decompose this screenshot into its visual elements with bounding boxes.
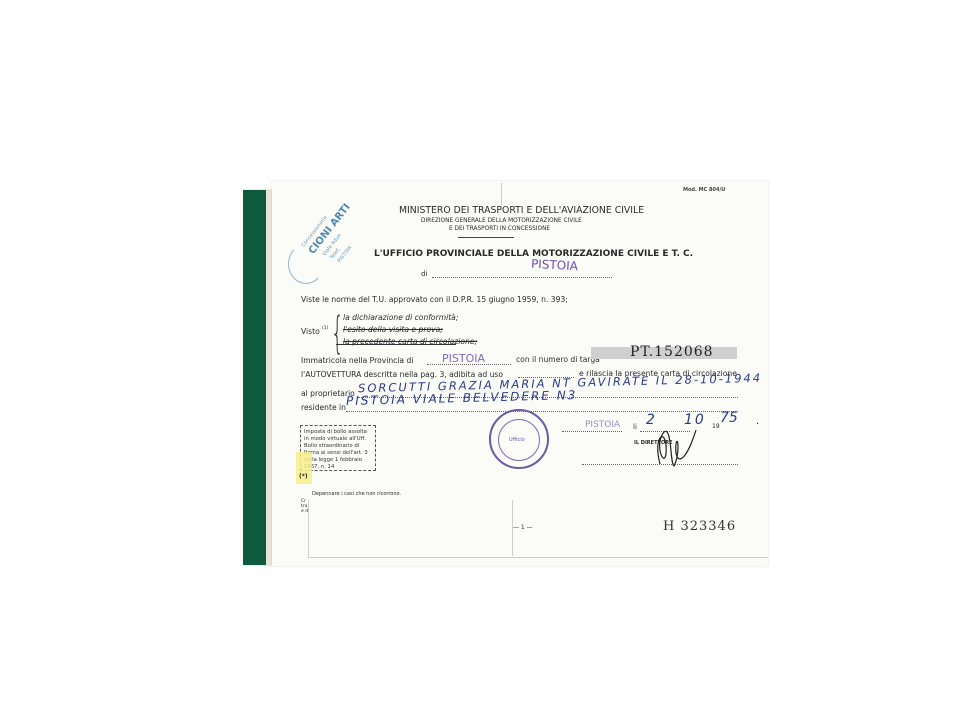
- inner-page-bottom: [308, 557, 768, 558]
- seal-text: Ufficio: [509, 437, 525, 443]
- residence-label: residente in: [301, 403, 346, 412]
- asterisk-note: (*): [299, 473, 308, 480]
- place-stamp: PISTOIA: [585, 420, 620, 430]
- fold-mark-top: [501, 183, 502, 205]
- visto-brace: {: [331, 310, 344, 354]
- header-rule: [458, 237, 514, 238]
- directorate-line1: DIREZIONE GENERALE DELLA MOTORIZZAZIONE …: [421, 218, 582, 224]
- date-century: 19: [712, 423, 720, 430]
- visto-note: (1): [322, 326, 328, 331]
- serial-number: H 323346: [663, 519, 736, 534]
- date-period: .: [756, 416, 759, 427]
- plate-label: con il numero di targa: [516, 355, 600, 364]
- page-number: — 1 —: [513, 524, 533, 531]
- date-year: 75: [720, 410, 738, 426]
- stamp-duty-text: Imposta di bollo assolta in modo virtual…: [304, 429, 368, 470]
- signature-line: [582, 464, 738, 465]
- office-city-stamp: PISTOIA: [531, 257, 579, 273]
- left-footnote-fragment-3: e d: [301, 509, 308, 514]
- residence-line: [346, 411, 738, 412]
- visto-item-conformity: la dichiarazione di conformità;: [343, 313, 458, 322]
- footnote: Depennare i casi che non ricorrono.: [312, 491, 401, 497]
- plate-number: PT.152068: [630, 344, 714, 360]
- ministry-title: MINISTERO DEI TRASPORTI E DELL'AVIAZIONE…: [399, 205, 644, 216]
- place-line: [562, 431, 622, 432]
- visto-item-inspection-struck: l'esito della visita e prova;: [343, 325, 443, 334]
- registered-label: Immatricola nella Provincia di: [301, 356, 413, 365]
- date-prefix: li: [633, 423, 637, 431]
- office-di-label: di: [421, 270, 427, 278]
- form-code: Mod. MC 804/U: [683, 187, 725, 193]
- directorate-line2: E DEI TRASPORTI IN CONCESSIONE: [449, 226, 550, 232]
- inner-page-edge: [308, 500, 309, 558]
- visto-label: Visto: [301, 327, 320, 336]
- office-city-line: [432, 277, 612, 278]
- registered-province-stamp: PISTOIA: [442, 352, 485, 365]
- norms-line: Viste le norme del T.U. approvato con il…: [301, 295, 568, 304]
- visto-underline: [336, 344, 456, 345]
